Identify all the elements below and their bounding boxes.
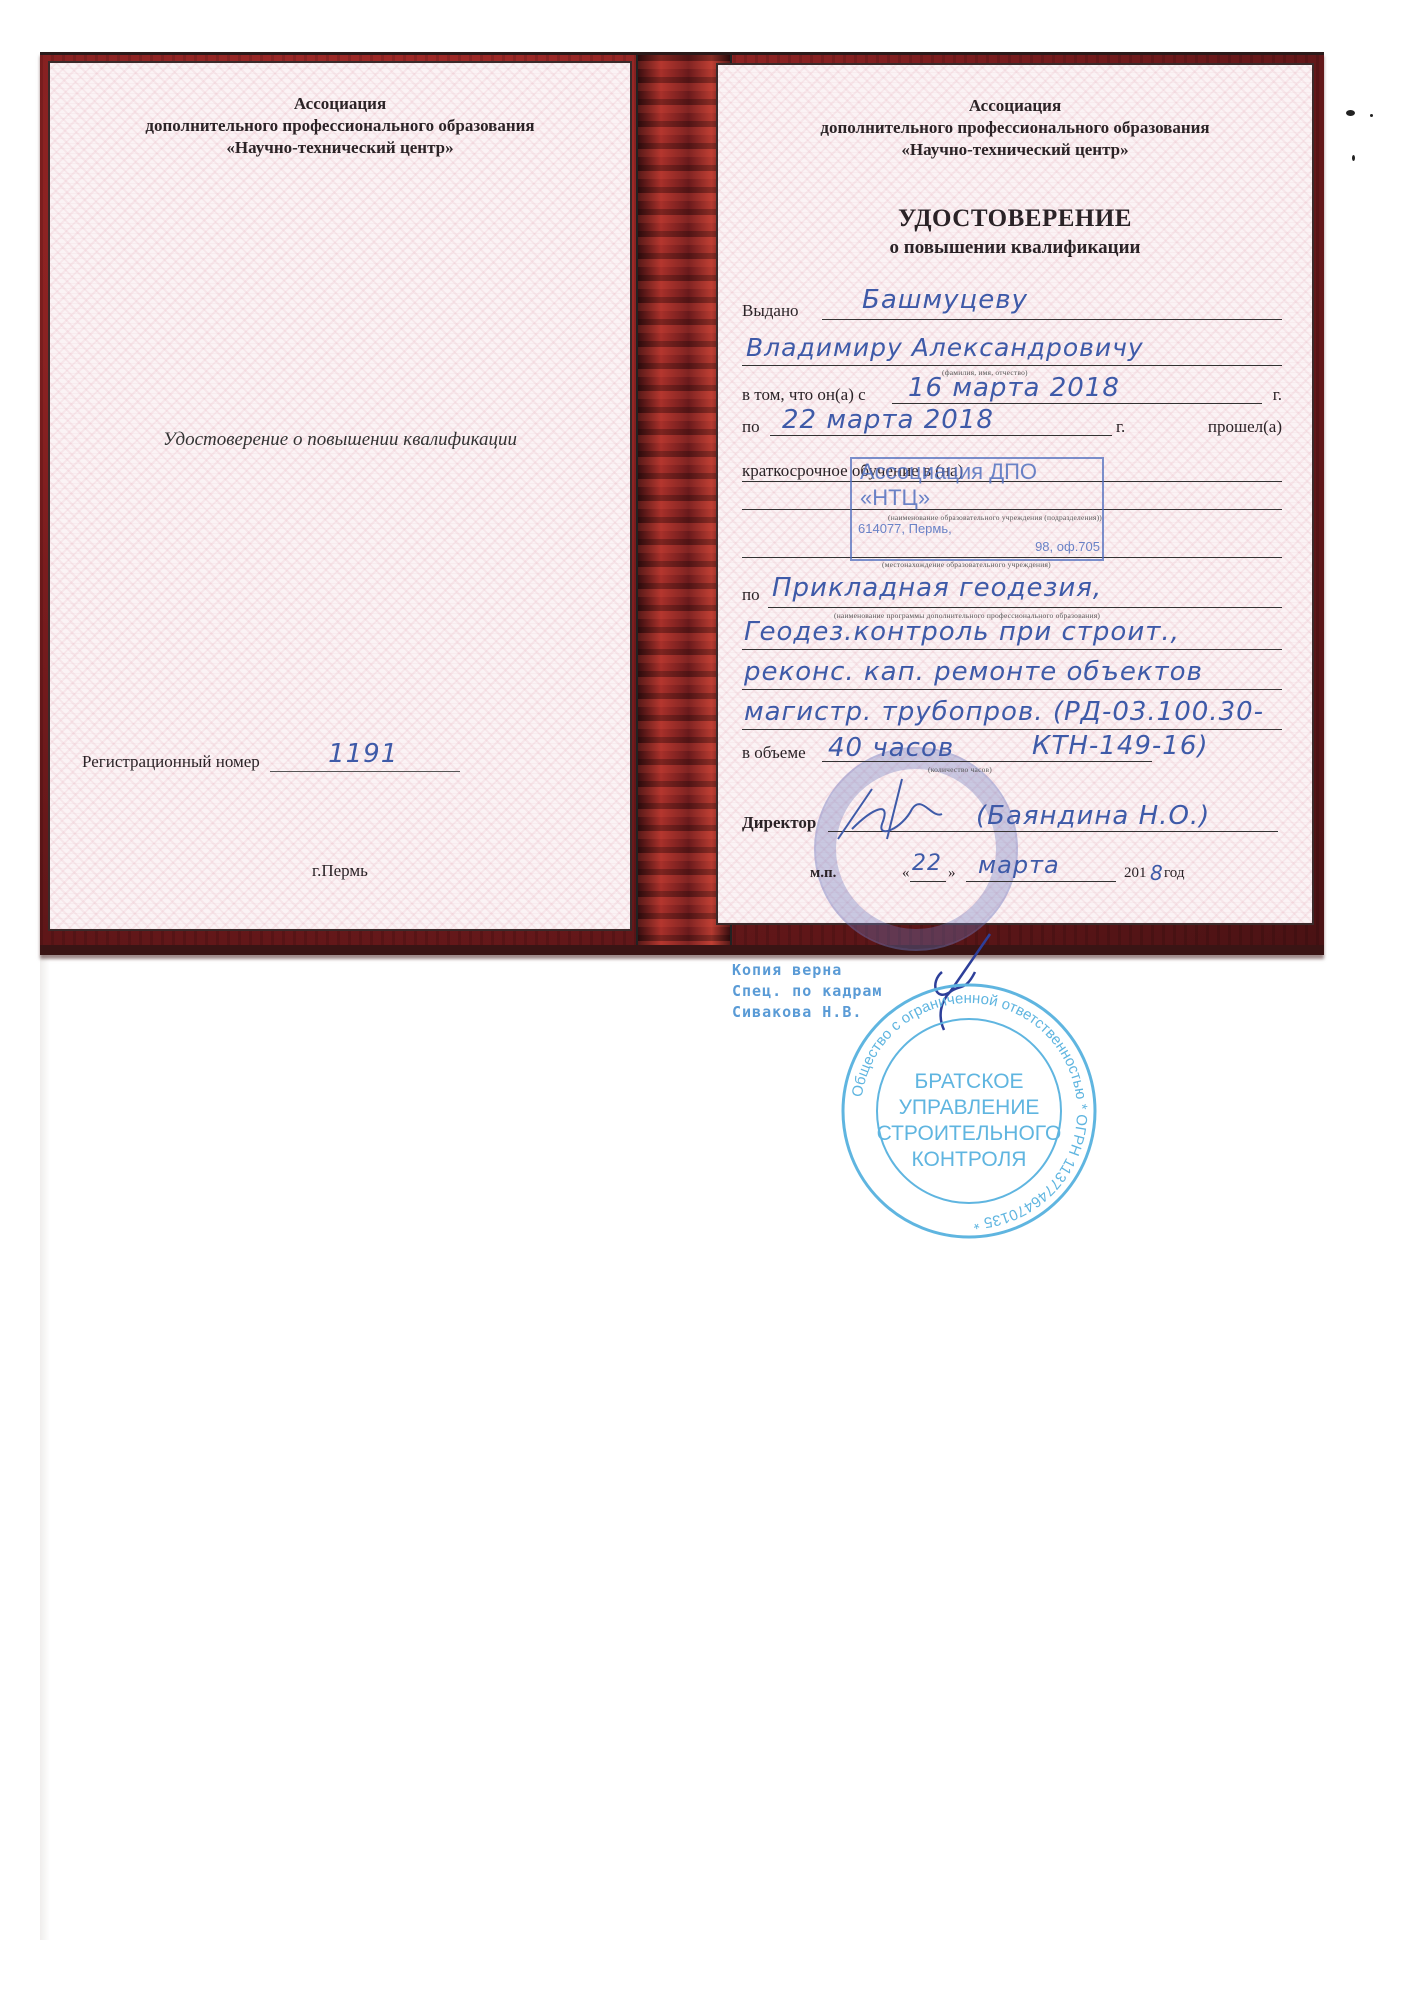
svg-text:КОНТРОЛЯ: КОНТРОЛЯ <box>912 1148 1027 1171</box>
date-to: 22 марта 2018 <box>782 405 994 435</box>
field-line <box>742 365 1282 366</box>
left-page: Ассоциация дополнительного профессиональ… <box>48 61 632 931</box>
scan-speck <box>1346 110 1355 116</box>
cover-title: Удостоверение о повышении квалификации <box>50 429 630 451</box>
date-to-row: по 22 марта 2018 г. прошел(а) <box>742 417 1282 437</box>
volume-row: в объеме 40 часов КТН-149-16) (количеств… <box>742 743 1282 763</box>
copy-line: Копия верна <box>732 960 882 981</box>
volume-value: 40 часов <box>828 733 954 763</box>
program-line: Прикладная геодезия, <box>772 573 1102 603</box>
org-line: «Научно-технический центр» <box>50 137 630 159</box>
scan-speck <box>1370 114 1373 117</box>
svg-text:УПРАВЛЕНИЕ: УПРАВЛЕНИЕ <box>899 1096 1040 1119</box>
volume-tail: КТН-149-16) <box>1032 731 1209 761</box>
seal-label: м.п. <box>810 865 836 882</box>
city: г.Пермь <box>50 861 630 881</box>
field-line <box>892 403 1262 404</box>
left-org-header: Ассоциация дополнительного профессиональ… <box>50 93 630 159</box>
org-line: Ассоциация <box>50 93 630 115</box>
field-line <box>822 319 1282 320</box>
director-signature <box>832 769 962 849</box>
from-label: в том, что он(а) с <box>742 385 866 404</box>
location-caption: (местонахождение образовательного учрежд… <box>882 560 1051 569</box>
registration-line: 1191 <box>270 751 460 772</box>
director-row: Директор (Баяндина Н.О.) <box>742 813 1282 833</box>
org-line: «Научно-технический центр» <box>718 139 1312 161</box>
issued-label: Выдано <box>742 301 799 320</box>
field-line <box>742 649 1282 650</box>
org-line: дополнительного профессионального образо… <box>50 115 630 137</box>
org-line: дополнительного профессионального образо… <box>718 117 1312 139</box>
field-line <box>742 729 1282 730</box>
scan-speck <box>1352 155 1355 161</box>
svg-text:БРАТСКОЕ: БРАТСКОЕ <box>914 1070 1023 1093</box>
program-line: магистр. трубопров. (РД-03.100.30- <box>744 697 1264 727</box>
program-row-1: по Прикладная геодезия, (наименование пр… <box>742 585 1282 605</box>
program-line: реконс. кап. ремонте объектов <box>744 657 1203 687</box>
field-line <box>910 881 946 882</box>
org-line: Ассоциация <box>718 95 1312 117</box>
program-label: по <box>742 585 760 604</box>
field-line <box>742 689 1282 690</box>
director-name: (Баяндина Н.О.) <box>976 801 1210 831</box>
date-from: 16 марта 2018 <box>908 373 1120 403</box>
stamp-address: 614077, Пермь, <box>858 521 952 536</box>
program-line: Геодез.контроль при строит., <box>744 617 1180 647</box>
director-label: Директор <box>742 813 816 832</box>
volume-label: в объеме <box>742 743 806 762</box>
scan-edge-shadow <box>40 940 50 1940</box>
svg-text:СТРОИТЕЛЬНОГО: СТРОИТЕЛЬНОГО <box>877 1122 1062 1145</box>
document-subtitle: о повышении квалификации <box>718 237 1312 259</box>
institution-stamp: Ассоциация ДПО «НТЦ» 614077, Пермь, 98, … <box>850 457 1104 561</box>
registration-number: 1191 <box>328 739 398 769</box>
field-line <box>770 435 1112 436</box>
right-page: Ассоциация дополнительного профессиональ… <box>716 63 1314 925</box>
passed-label: прошел(а) <box>1208 417 1282 437</box>
surname: Башмуцеву <box>862 285 1028 315</box>
issue-day: 22 <box>912 851 942 876</box>
certificate-booklet: Ассоциация дополнительного профессиональ… <box>40 52 1324 955</box>
registration-label: Регистрационный номер <box>82 752 260 771</box>
company-round-seal: Общество с ограниченной ответственностью… <box>838 980 1100 1242</box>
issue-year-prefix: 201 <box>1124 865 1147 882</box>
seal-graphic: Общество с ограниченной ответственностью… <box>838 980 1100 1242</box>
field-line <box>966 881 1116 882</box>
stamp-name: Ассоциация ДПО «НТЦ» <box>860 459 1102 511</box>
issued-to-row: Выдано Башмуцеву <box>742 301 1282 321</box>
quote-open: « <box>902 865 910 882</box>
registration-number-row: Регистрационный номер 1191 <box>82 751 460 772</box>
quote-close: » <box>948 865 956 882</box>
to-label: по <box>742 417 760 436</box>
issue-month: марта <box>978 851 1060 879</box>
issue-year-digit: 8 <box>1150 861 1164 885</box>
field-line <box>768 607 1282 608</box>
document-title: УДОСТОВЕРЕНИЕ <box>718 205 1312 233</box>
stamp-address-tail: 98, оф.705 <box>1035 539 1100 554</box>
name-patronymic: Владимиру Александровичу <box>746 333 1144 362</box>
right-org-header: Ассоциация дополнительного профессиональ… <box>718 95 1312 161</box>
issue-year-suffix: год <box>1164 865 1184 882</box>
date-from-row: в том, что он(а) с 16 марта 2018 г. <box>742 385 1282 405</box>
to-suffix: г. <box>1116 417 1125 437</box>
year-suffix: г. <box>1273 385 1282 405</box>
